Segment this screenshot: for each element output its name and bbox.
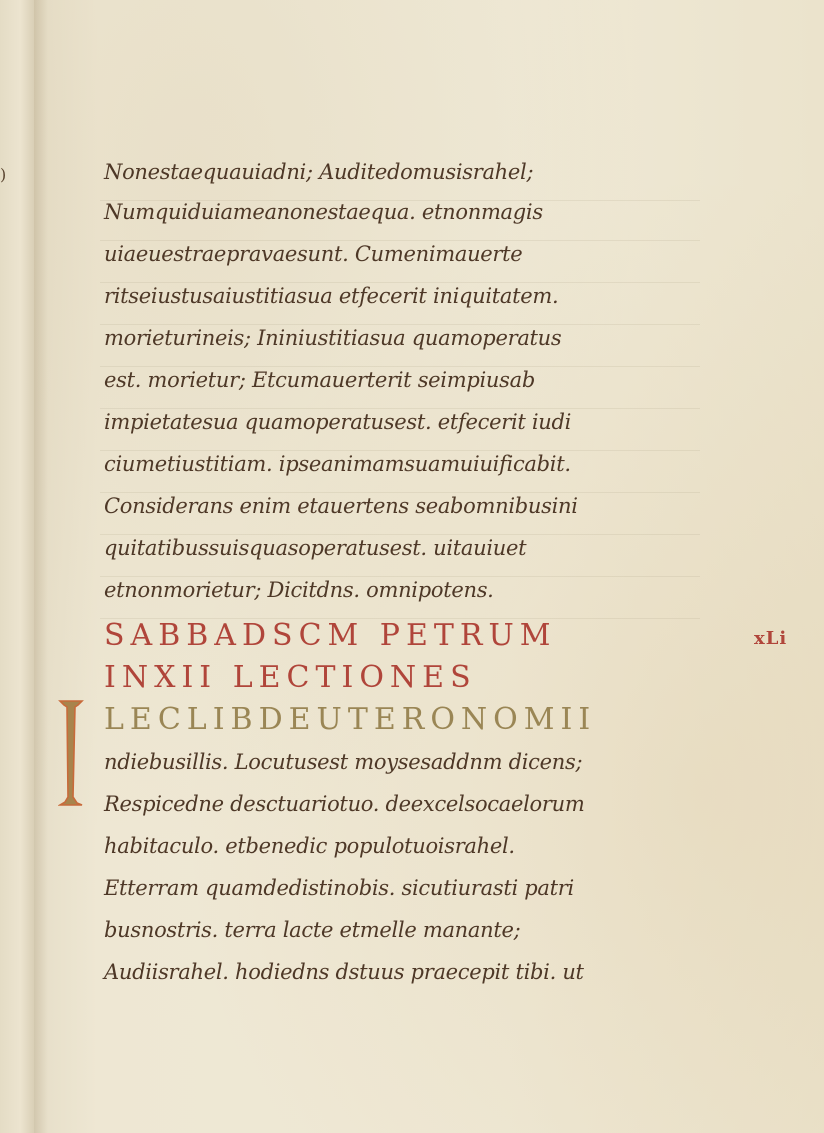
ruling-line <box>100 492 700 493</box>
text-line: etnonmorietur; Dicitdns. omnipotens. <box>104 578 494 602</box>
text-line: Etterram quamdedistinobis. sicutiurasti … <box>104 876 574 900</box>
ruling-line <box>100 576 700 577</box>
text-line: Respicedne desctuariotuo. deexcelsocaelo… <box>104 792 584 816</box>
rubric-heading-line-2: INXII LECTIONES <box>104 660 477 695</box>
text-line: ndiebusillis. Locutusest moysesaddnm dic… <box>104 750 582 774</box>
text-line: Nonestaequauiadni; Auditedomusisrahel; <box>104 160 533 184</box>
ruling-line <box>100 366 700 367</box>
text-line: quitatibussuisquasoperatusest. uitauiuet <box>104 536 526 560</box>
ruling-line <box>100 282 700 283</box>
folio-number: xLi <box>754 628 787 649</box>
rubric-heading-line-1: SABBADSCM PETRUM <box>104 618 556 653</box>
ruling-line <box>100 240 700 241</box>
text-line: morieturineis; Ininiustitiasua quamopera… <box>104 326 561 350</box>
text-line: impietatesua quamoperatusest. etfecerit … <box>104 410 571 434</box>
ruling-line <box>100 450 700 451</box>
initial-letter-glyph <box>58 697 84 809</box>
text-line: uiaeuestraepravaesunt. Cumenimauerte <box>104 242 522 266</box>
text-line: habitaculo. etbenedic populotuoisrahel. <box>104 834 515 858</box>
display-heading-line-3: LECLIBDEUTERONOMII <box>104 702 596 737</box>
gutter-shadow <box>34 0 48 1133</box>
text-line: est. morietur; Etcumauerterit seimpiusab <box>104 368 535 392</box>
ruling-line <box>100 408 700 409</box>
text-line: Numquiduiameanonestaequa. etnonmagis <box>104 200 543 224</box>
ruling-line <box>100 324 700 325</box>
facing-page-fragment: ) <box>0 165 6 184</box>
facing-page-edge: ) <box>0 0 35 1133</box>
text-line: busnostris. terra lacte etmelle manante; <box>104 918 520 942</box>
text-line: Considerans enim etauertens seabomnibusi… <box>104 494 578 518</box>
text-line: ciumetiustitiam. ipseanimamsuamuiuificab… <box>104 452 571 476</box>
text-line: ritseiustusaiustitiasua etfecerit iniqui… <box>104 284 558 308</box>
ruling-line <box>100 534 700 535</box>
decorated-initial-I <box>58 697 84 809</box>
text-line: Audiisrahel. hodiedns dstuus praecepit t… <box>104 960 584 984</box>
